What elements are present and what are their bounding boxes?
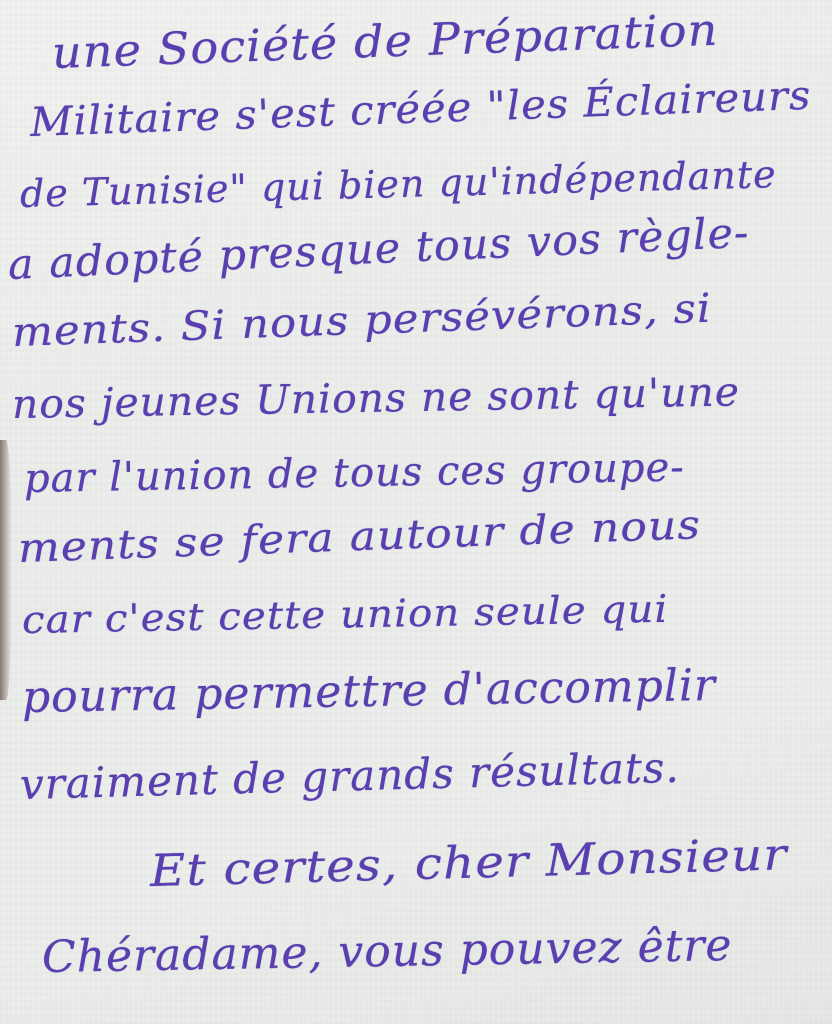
letter-line-7: par l'union de tous ces groupe- (24, 444, 685, 502)
letter-line-1: une Société de Préparation (51, 5, 719, 79)
letter-line-9: car c'est cette union seule qui (22, 587, 669, 642)
letter-line-10: pourra permettre d'accomplir (22, 660, 717, 723)
letter-line-3: de Tunisie" qui bien qu'indépendante (19, 152, 777, 216)
letter-line-8: ments se fera autour de nous (17, 502, 702, 572)
letter-line-13: Chéradame, vous pouvez être (42, 920, 733, 983)
page-edge-shadow (0, 440, 12, 700)
letter-line-4: a adopté presque tous vos règle- (7, 208, 750, 289)
letter-line-12: Et certes, cher Monsieur (149, 829, 788, 897)
letter-line-11: vraiment de grands résultats. (19, 743, 680, 809)
letter-line-2: Militaire s'est créée "les Éclaireurs (29, 73, 812, 146)
letter-page: une Société de Préparation Militaire s'e… (0, 0, 832, 1024)
letter-line-5: ments. Si nous persévérons, si (11, 286, 712, 356)
letter-line-6: nos jeunes Unions ne sont qu'une (12, 369, 741, 428)
